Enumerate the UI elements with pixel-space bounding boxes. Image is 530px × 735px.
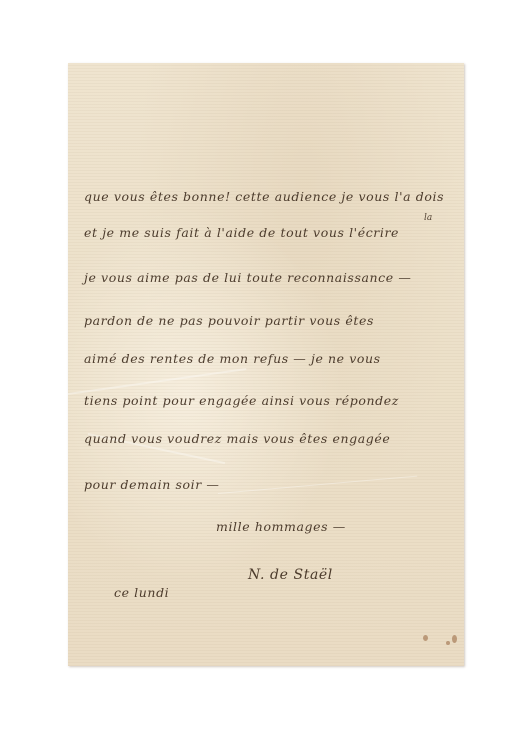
letter-line-6: tiens point pour engagée ainsi vous répo… [84, 393, 399, 408]
letter-line-2: et je me suis fait à l'aide de tout vous… [84, 225, 399, 240]
letter-line-5: aimé des rentes de mon refus — je ne vou… [84, 351, 381, 366]
ink-stain [452, 635, 457, 643]
letter-line-3: je vous aime pas de lui toute reconnaiss… [84, 270, 411, 285]
letter-line-4: pardon de ne pas pouvoir partir vous ête… [84, 313, 374, 328]
letter-line-8: pour demain soir — [84, 477, 219, 492]
letter-paper: que vous êtes bonne! cette audience je v… [68, 63, 464, 666]
paper-crease [218, 476, 417, 494]
interlinear-insertion: la [424, 213, 432, 223]
ink-stain [446, 641, 450, 645]
date-line: ce lundi [114, 585, 169, 600]
ink-stain [423, 635, 428, 641]
closing-salutation: mille hommages — [216, 519, 346, 534]
signature: N. de Staël [248, 567, 333, 583]
letter-line-1: que vous êtes bonne! cette audience je v… [84, 189, 444, 204]
paper-crease [68, 368, 247, 395]
letter-line-7: quand vous voudrez mais vous êtes engagé… [84, 431, 390, 446]
